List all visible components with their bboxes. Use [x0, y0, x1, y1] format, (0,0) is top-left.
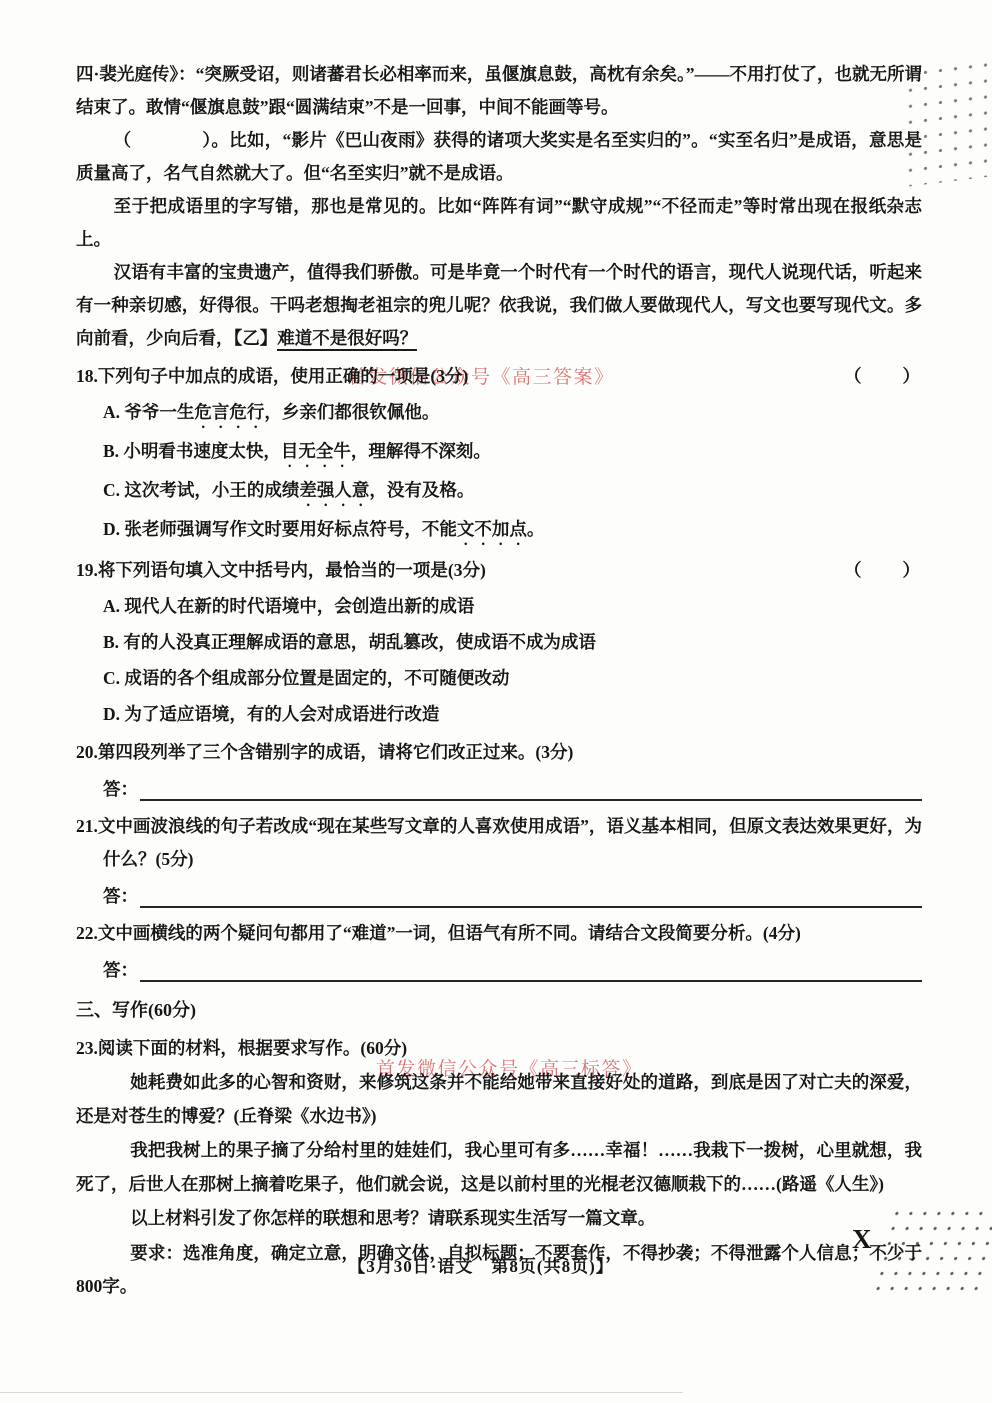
question-19-option-b: B. 有的人没真正理解成语的意思，胡乱篡改，使成语不成为成语	[103, 625, 922, 659]
question-19-option-d: D. 为了适应语境，有的人会对成语进行改造	[103, 697, 922, 731]
option-text: A. 爷爷一生	[103, 402, 194, 422]
question-18-option-d: D. 张老师强调写作文时要用好标点符号，不能文不加点。	[103, 512, 922, 549]
question-20-stem: 20.第四段列举了三个含错别字的成语，请将它们改正过来。(3分)	[76, 736, 922, 769]
passage-paragraph-3: 至于把成语里的字写错，那也是常见的。比如“阵阵有词”“默守成规”“不径而走”等时…	[76, 190, 922, 256]
question-23-stem: 23.阅读下面的材料，根据要求写作。(60分)	[76, 1032, 922, 1065]
question-18-option-b: B. 小明看书速度太快，目无全牛，理解得不深刻。	[103, 434, 922, 471]
passage-paragraph-1: 四·裴光庭传》：“突厥受诏，则诸蕃君长必相率而来，虽偃旗息鼓，高枕有余矣。”——…	[76, 58, 922, 124]
answer-bracket-q19: （ ）	[844, 554, 922, 587]
question-18-option-a: A. 爷爷一生危言危行，乡亲们都很钦佩他。	[103, 395, 922, 432]
option-text: ，没有及格。	[369, 480, 474, 500]
question-21-stem: 21.文中画波浪线的句子若改成“现在某些写文章的人喜欢使用成语”，语义基本相同，…	[76, 810, 922, 876]
emphasized-idiom: 目无全牛	[281, 441, 351, 461]
question-19: 19.将下列语句填入文中括号内，最恰当的一项是(3分)（ ） A. 现代人在新的…	[76, 554, 922, 731]
question-23-prompt: 以上材料引发了你怎样的联想和思考？请联系现实生活写一篇文章。	[76, 1202, 922, 1236]
emphasized-idiom: 文不加点	[457, 519, 527, 539]
question-21: 21.文中画波浪线的句子若改成“现在某些写文章的人喜欢使用成语”，语义基本相同，…	[76, 810, 922, 912]
material-text: 她耗费如此多的心智和资财，来修筑这条并不能给她带来直接好处的道路，到底是因了对亡…	[76, 1072, 922, 1126]
section-3-title: 三、写作(60分)	[76, 994, 922, 1027]
scan-page-edge	[0, 1392, 683, 1393]
scanned-exam-page: { "page": { "footer": "【3月30日·语文 第8页(共8页…	[0, 0, 992, 1403]
underlined-phrase: 难道不是很好吗？	[277, 328, 417, 351]
question-18-stem: 首发微信公众号《高三答案》18.下列句子中加点的成语，使用正确的一项是(3分)（…	[76, 360, 922, 393]
answer-label: 答：	[103, 954, 138, 986]
answer-row-q20: 答：	[103, 773, 922, 805]
option-text: ，理解得不深刻。	[351, 441, 491, 461]
answer-row-q21: 答：	[103, 880, 922, 912]
passage-paragraph-2: （ ）。比如，“影片《巴山夜雨》获得的诸项大奖实是名至实归的”。“实至名归”是成…	[76, 124, 922, 190]
answer-blank-line	[140, 799, 922, 801]
question-22: 22.文中画横线的两个疑问句都用了“难道”一词，但语气有所不同。请结合文段简要分…	[76, 917, 922, 986]
question-20: 20.第四段列举了三个含错别字的成语，请将它们改正过来。(3分) 答：	[76, 736, 922, 805]
option-text: D. 张老师强调写作文时要用好标点符号，不能	[103, 519, 457, 539]
answer-blank-line	[140, 980, 922, 982]
option-text: C. 这次考试，小王的成绩	[103, 480, 299, 500]
question-18-stem-text: 18.下列句子中加点的成语，使用正确的一项是(3分)	[76, 366, 468, 386]
passage-paragraph-4-text: 汉语有丰富的宝贵遗产，值得我们骄傲。可是毕竟一个时代有一个时代的语言，现代人说现…	[76, 262, 922, 348]
answer-blank-line	[140, 906, 922, 908]
page-footer: 【3月30日·语文 第8页(共8页)】	[0, 1252, 962, 1277]
question-19-option-c: C. 成语的各个组成部分位置是固定的，不可随便改动	[103, 661, 922, 695]
question-18-option-c: C. 这次考试，小王的成绩差强人意，没有及格。	[103, 473, 922, 510]
answer-row-q22: 答：	[103, 954, 922, 986]
emphasized-idiom: 差强人意	[299, 480, 369, 500]
question-23-material-2: 我把我树上的果子摘了分给村里的娃娃们，我心里可有多……幸福！……我栽下一拨树，心…	[76, 1134, 922, 1201]
exam-content: 四·裴光庭传》：“突厥受诏，则诸蕃君长必相率而来，虽偃旗息鼓，高枕有余矣。”——…	[76, 58, 922, 1305]
corner-x-mark: X	[852, 1224, 872, 1255]
question-23-material-1: 首发微信公众号《高三标答》她耗费如此多的心智和资财，来修筑这条并不能给她带来直接…	[76, 1066, 922, 1133]
option-text: ，乡亲们都很钦佩他。	[264, 402, 439, 422]
passage-paragraph-4: 汉语有丰富的宝贵遗产，值得我们骄傲。可是毕竟一个时代有一个时代的语言，现代人说现…	[76, 256, 922, 355]
answer-label: 答：	[103, 773, 138, 805]
option-text: 。	[527, 519, 545, 539]
question-19-stem-text: 19.将下列语句填入文中括号内，最恰当的一项是(3分)	[76, 560, 486, 580]
answer-label: 答：	[103, 880, 138, 912]
question-19-option-a: A. 现代人在新的时代语境中，会创造出新的成语	[103, 589, 922, 623]
answer-bracket-q18: （ ）	[844, 360, 922, 393]
emphasized-idiom: 危言危行	[194, 402, 264, 422]
question-19-stem: 19.将下列语句填入文中括号内，最恰当的一项是(3分)（ ）	[76, 554, 922, 587]
option-text: B. 小明看书速度太快，	[103, 441, 281, 461]
question-18: 首发微信公众号《高三答案》18.下列句子中加点的成语，使用正确的一项是(3分)（…	[76, 360, 922, 549]
question-22-stem: 22.文中画横线的两个疑问句都用了“难道”一词，但语气有所不同。请结合文段简要分…	[76, 917, 922, 950]
